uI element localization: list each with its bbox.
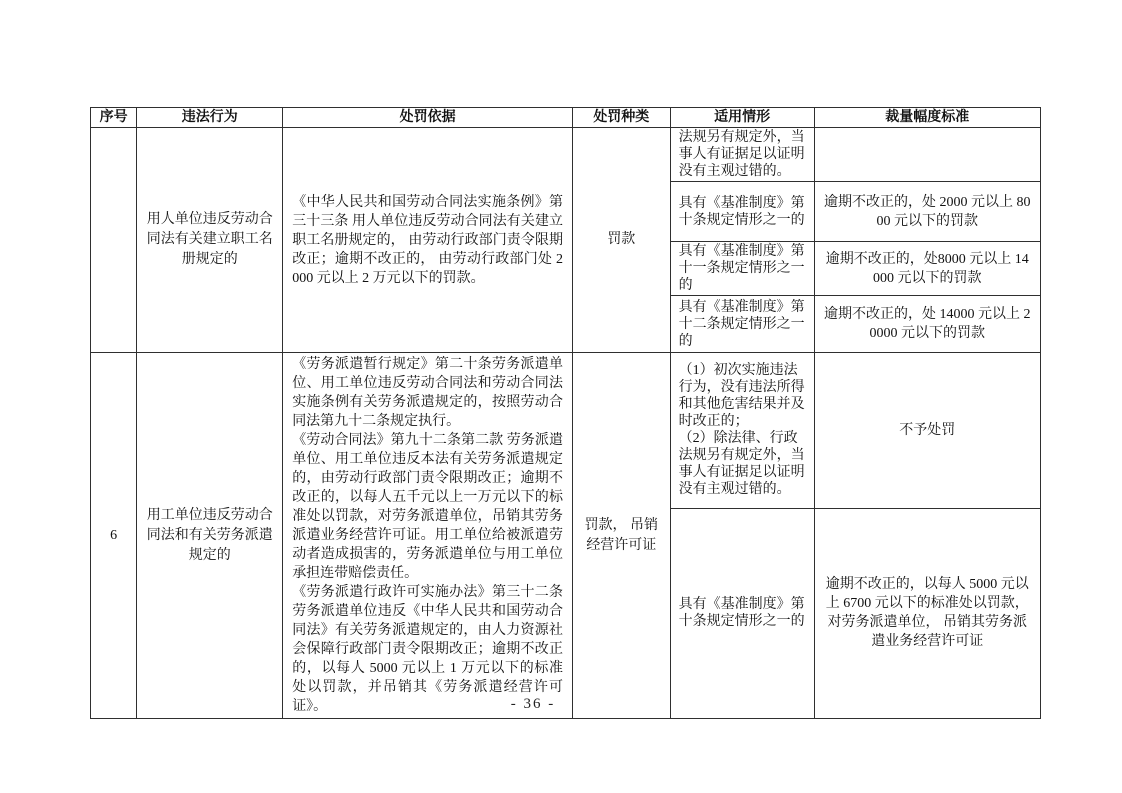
cell-situation: 具有《基准制度》第十条规定情形之一的: [670, 508, 814, 718]
cell-violation: 用工单位违反劳动合同法和有关劳务派遣规定的: [137, 353, 283, 719]
table-row: 6 用工单位违反劳动合同法和有关劳务派遣规定的 《劳务派遣暂行规定》第二十条劳务…: [91, 353, 1041, 509]
situation-text: 法规另有规定外，当事人有证据足以证明没有主观过错的。: [679, 129, 806, 180]
basis-paragraph: 《劳务派遣暂行规定》第二十条劳务派遣单位、用工单位违反劳动合同法和劳动合同法实施…: [292, 355, 563, 431]
cell-standard: 逾期不改正的，处 14000 元以上 20000 元以下的罚款: [814, 296, 1040, 353]
cell-violation: 用人单位违反劳动合同法有关建立职工名册规定的: [137, 128, 283, 353]
header-standard: 裁量幅度标准: [814, 108, 1040, 128]
basis-paragraph: 《劳动合同法》第九十二条第二款 劳务派遣单位、用工单位违反本法有关劳务派遣规定的…: [292, 431, 563, 583]
cell-basis: 《劳务派遣暂行规定》第二十条劳务派遣单位、用工单位违反劳动合同法和劳动合同法实施…: [283, 353, 573, 719]
cell-standard: 不予处罚: [814, 353, 1040, 509]
cell-situation: 具有《基准制度》第十一条规定情形之一的: [670, 242, 814, 296]
header-basis: 处罚依据: [283, 108, 573, 128]
situation-text: 具有《基准制度》第十条规定情形之一的: [679, 596, 806, 630]
cell-seq: [91, 128, 137, 353]
cell-basis: 《中华人民共和国劳动合同法实施条例》第三十三条 用人单位违反劳动合同法有关建立职…: [283, 128, 573, 353]
cell-standard: 逾期不改正的，以每人 5000 元以上 6700 元以下的标准处以罚款，对劳务派…: [814, 508, 1040, 718]
header-penalty-type: 处罚种类: [573, 108, 671, 128]
cell-situation: 法规另有规定外，当事人有证据足以证明没有主观过错的。: [670, 128, 814, 182]
table-row: 用人单位违反劳动合同法有关建立职工名册规定的 《中华人民共和国劳动合同法实施条例…: [91, 128, 1041, 182]
cell-situation: （1）初次实施违法行为，没有违法所得和其他危害结果并及时改正的； （2）除法律、…: [670, 353, 814, 509]
cell-situation: 具有《基准制度》第十条规定情形之一的: [670, 182, 814, 242]
situation-text: （2）除法律、行政法规另有规定外，当事人有证据足以证明没有主观过错的。: [679, 430, 806, 498]
cell-standard: 逾期不改正的，处8000 元以上 14000 元以下的罚款: [814, 242, 1040, 296]
page-number: - 36 -: [0, 696, 1066, 713]
situation-text: （1）初次实施违法行为，没有违法所得和其他危害结果并及时改正的；: [679, 362, 806, 430]
cell-penalty-type: 罚款: [573, 128, 671, 353]
header-seq: 序号: [91, 108, 137, 128]
cell-penalty-type: 罚款， 吊销经营许可证: [573, 353, 671, 719]
situation-text: 具有《基准制度》第十条规定情形之一的: [679, 195, 806, 229]
table-header-row: 序号 违法行为 处罚依据 处罚种类 适用情形 裁量幅度标准: [91, 108, 1041, 128]
cell-standard: [814, 128, 1040, 182]
penalty-discretion-table: 序号 违法行为 处罚依据 处罚种类 适用情形 裁量幅度标准 用人单位违反劳动合同…: [90, 107, 1041, 719]
basis-paragraph: 《中华人民共和国劳动合同法实施条例》第三十三条 用人单位违反劳动合同法有关建立职…: [292, 193, 563, 288]
situation-text: 具有《基准制度》第十二条规定情形之一的: [679, 299, 806, 350]
cell-seq: 6: [91, 353, 137, 719]
situation-text: 具有《基准制度》第十一条规定情形之一的: [679, 243, 806, 294]
header-situation: 适用情形: [670, 108, 814, 128]
cell-situation: 具有《基准制度》第十二条规定情形之一的: [670, 296, 814, 353]
header-violation: 违法行为: [137, 108, 283, 128]
cell-standard: 逾期不改正的，处 2000 元以上 8000 元以下的罚款: [814, 182, 1040, 242]
document-page: 序号 违法行为 处罚依据 处罚种类 适用情形 裁量幅度标准 用人单位违反劳动合同…: [0, 0, 1122, 793]
